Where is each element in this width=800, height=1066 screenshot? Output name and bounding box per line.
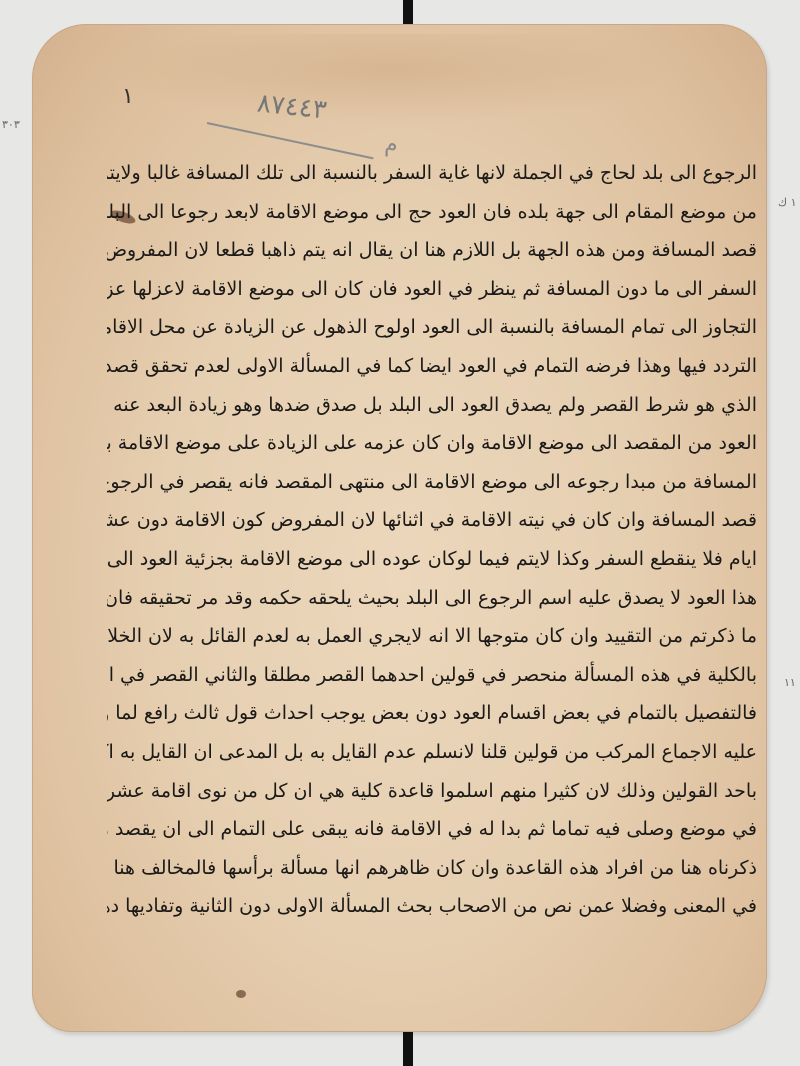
text-line: قصد المسافة ومن هذه الجهة بل اللازم هنا … [107,231,757,270]
text-line: من موضع المقام الى جهة بلده فان العود حج… [107,193,757,232]
manuscript-text: الرجوع الى بلد لحاج في الجملة لانها غاية… [107,154,757,926]
edge-mark: ١١ [784,676,796,689]
text-line: الرجوع الى بلد لحاج في الجملة لانها غاية… [107,154,757,193]
text-line: باحد القولين وذلك لان كثيرا منهم اسلموا … [107,772,757,811]
text-line: التجاوز الى تمام المسافة بالنسبة الى الع… [107,308,757,347]
text-line: في المعنى وفضلا عمن نص من الاصحاب بحث ال… [107,887,757,926]
folio-number: ١ [122,84,134,109]
ink-blot [236,990,246,998]
text-line: ذكرناه هنا من افراد هذه القاعدة وان كان … [107,849,757,888]
text-line: العود من المقصد الى موضع الاقامة وان كان… [107,424,757,463]
text-line: بالكلية في هذه المسألة منحصر في قولين اح… [107,656,757,695]
text-line: السفر الى ما دون المسافة ثم ينظر في العو… [107,270,757,309]
mount-bar-bottom [403,1030,413,1066]
text-line: ايام فلا ينقطع السفر وكذا لايتم فيما لوك… [107,540,757,579]
text-line: عليه الاجماع المركب من قولين قلنا لانسلم… [107,733,757,772]
edge-mark: ١ ك [778,196,797,209]
text-line: التردد فيها وهذا فرضه التمام في العود اي… [107,347,757,386]
edge-mark: ٣٠٣ [2,118,20,131]
text-line: الذي هو شرط القصر ولم يصدق العود الى الب… [107,386,757,425]
text-line: ما ذكرتم من التقييد وان كان متوجها الا ا… [107,617,757,656]
text-line: فالتفصيل بالتمام في بعض اقسام العود دون … [107,694,757,733]
text-line: في موضع وصلى فيه تماما ثم بدا له في الاق… [107,810,757,849]
manuscript-page: ١ ٨٧٤٤٣ م الرجوع الى بلد لحاج في الجملة … [32,24,767,1032]
text-line: المسافة من مبدا رجوعه الى موضع الاقامة ا… [107,463,757,502]
water-stain [112,34,672,124]
text-line: هذا العود لا يصدق عليه اسم الرجوع الى ال… [107,579,757,618]
text-line: قصد المسافة وان كان في نيته الاقامة في ا… [107,501,757,540]
